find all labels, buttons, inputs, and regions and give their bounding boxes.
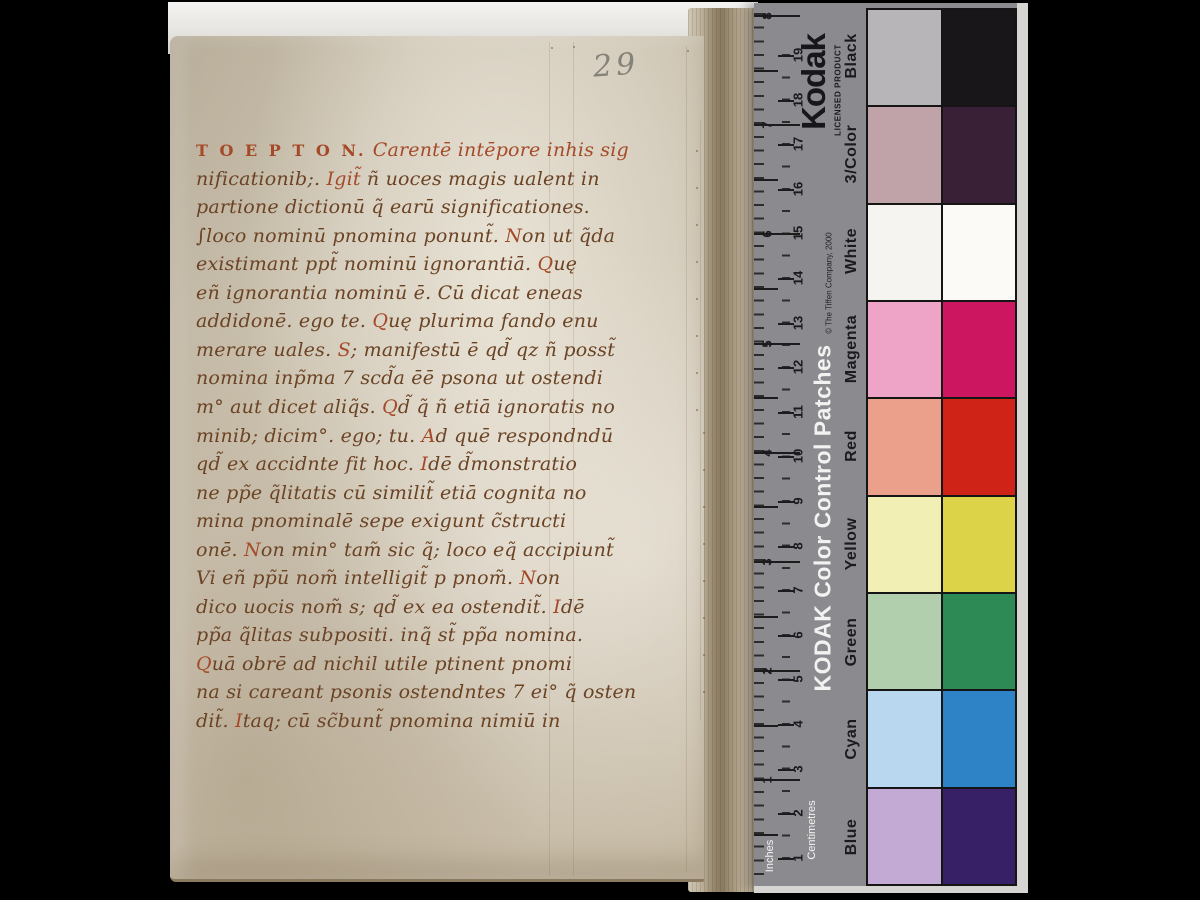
ruler: Kodak LICENSED PRODUCT © The Tiffen Comp…	[754, 3, 866, 886]
text-segment: d̃ q̃ ñ etiā ignoratis no	[398, 396, 615, 418]
manuscript-line: ∫loco nominū pnomina ponunt̃. Non ut q̃d…	[196, 225, 615, 253]
cm-number: 17	[791, 137, 806, 151]
manuscript-line: existimant ppt̃ nominū ignorantiā. Quę	[196, 253, 577, 281]
text-segment: I	[553, 596, 561, 618]
manuscript-line: nomina inp̃ma 7 scd̃a ēē psona ut ostend…	[196, 367, 603, 395]
text-segment: uā obrē ad nichil utile ptinent pnomi	[212, 653, 572, 675]
patch-label: Cyan	[843, 719, 861, 760]
text-segment: Igit̃	[327, 168, 361, 190]
text-segment: dē	[561, 596, 585, 618]
inch-tick-half	[754, 834, 778, 836]
inch-number: 7	[760, 122, 775, 129]
patch-row	[868, 789, 1015, 884]
text-segment: mina pnominalē sepe exigunt c̃structi	[196, 510, 566, 532]
cm-number: 13	[791, 315, 806, 329]
cm-number: 16	[791, 182, 806, 196]
manuscript-line: dit̃. Itaq; cū sc̃bunt̃ pnomina nimiū in	[196, 710, 561, 738]
patch-light-swatch	[868, 10, 941, 105]
patch-light-swatch	[868, 205, 941, 300]
inch-number: 8	[760, 12, 775, 19]
patch-row	[868, 594, 1015, 689]
text-segment: ne pp̃e q̃litatis cū similit̃ etiā cogni…	[196, 482, 587, 504]
cm-number: 6	[791, 631, 806, 638]
manuscript-line: addidonē. ego te. Quę plurima fando enu	[196, 310, 599, 338]
cm-number: 3	[791, 765, 806, 772]
manuscript-line: na si careant psonis ostendntes 7 ei° q̃…	[196, 681, 636, 709]
color-patch-grid	[866, 8, 1017, 886]
patch-row	[868, 10, 1015, 105]
text-segment: Q	[382, 396, 398, 418]
patch-label: White	[843, 228, 861, 274]
patch-row	[868, 107, 1015, 202]
patch-light-swatch	[868, 789, 941, 884]
pricking-dot	[703, 580, 705, 582]
cm-number: 15	[791, 226, 806, 240]
pricking-dot	[696, 261, 698, 263]
manuscript-line: onē. Non min° tam̃ sic q̃; loco eq̃ acci…	[196, 539, 614, 567]
patch-row	[868, 302, 1015, 397]
pricking-dot	[687, 50, 689, 52]
pricking-dot	[696, 372, 698, 374]
text-segment: minib; dicim°. ego; tu.	[196, 425, 422, 447]
pricking-dot	[703, 654, 705, 656]
card-right-edge	[1017, 3, 1028, 893]
inch-tick-half	[754, 725, 778, 727]
cm-number: 11	[791, 405, 806, 419]
cm-number: 10	[791, 449, 806, 463]
cm-number: 19	[791, 48, 806, 62]
text-segment: ñ uoces magis ualent in	[361, 168, 600, 190]
patch-light-swatch	[868, 399, 941, 494]
inch-tick-half	[754, 616, 778, 618]
manuscript-line: partione dictionū q̃ earū significatione…	[196, 196, 590, 224]
cm-number: 7	[791, 587, 806, 594]
text-segment: I	[235, 710, 243, 732]
text-segment: eñ ignorantia nominū ē. Cū dicat eneas	[196, 282, 583, 304]
pricking-dot	[696, 409, 698, 411]
pricking-dot	[703, 617, 705, 619]
inch-number: 1	[760, 777, 775, 784]
text-segment: on	[536, 567, 560, 589]
pricking-dot	[696, 150, 698, 152]
patch-light-swatch	[868, 594, 941, 689]
patch-label: Black	[843, 33, 861, 78]
pricking-dot	[703, 506, 705, 508]
patch-dark-swatch	[943, 10, 1016, 105]
text-segment: uę	[553, 253, 577, 275]
inch-number: 4	[760, 449, 775, 456]
text-segment: pp̃a q̃litas subpositi. inq̃ st̃ pp̃a no…	[196, 624, 583, 646]
text-segment: N	[244, 539, 261, 561]
inch-number: 2	[760, 668, 775, 675]
manuscript-line: Vi eñ pp̃ū nom̃ intelligit̃ p pnom̃. Non	[196, 567, 560, 595]
centimetres-label: Centimetres	[806, 800, 818, 859]
cm-number: 5	[791, 676, 806, 683]
patch-row	[868, 399, 1015, 494]
page-number: 29	[592, 46, 641, 84]
text-segment: dē d̃monstratio	[428, 453, 577, 475]
cm-number: 8	[791, 542, 806, 549]
patch-dark-swatch	[943, 789, 1016, 884]
pricking-dot	[703, 469, 705, 471]
patch-label: Green	[843, 617, 861, 666]
inch-tick-half	[754, 397, 778, 399]
patch-label: Yellow	[843, 518, 861, 571]
strip-title: KODAK Color Control Patches	[810, 344, 837, 691]
text-segment: dico uocis nom̃ s; qd̃ ex ea ostendit̃.	[196, 596, 553, 618]
text-segment: nomina inp̃ma 7 scd̃a ēē psona ut ostend…	[196, 367, 603, 389]
patch-dark-swatch	[943, 302, 1016, 397]
text-segment: S	[338, 339, 351, 361]
pricking-dot	[703, 691, 705, 693]
manuscript-line: mina pnominalē sepe exigunt c̃structi	[196, 510, 566, 538]
text-segment: dit̃.	[196, 710, 235, 732]
patch-light-swatch	[868, 691, 941, 786]
manuscript-photo: 29 T O E P T O N. Carentē intēpore inhis…	[0, 0, 1200, 900]
inch-number: 3	[760, 558, 775, 565]
manuscript-line: pp̃a q̃litas subpositi. inq̃ st̃ pp̃a no…	[196, 624, 583, 652]
text-segment: ; manifestū ē qd̃ qz ñ posst̃	[351, 339, 615, 361]
card-bottom-edge	[754, 886, 1028, 893]
text-segment: on ut q̃da	[522, 225, 615, 247]
cm-number: 14	[791, 271, 806, 285]
pricking-dot	[696, 224, 698, 226]
cm-number: 2	[791, 810, 806, 817]
text-segment: existimant ppt̃ nominū ignorantiā.	[196, 253, 538, 275]
manuscript-line: eñ ignorantia nominū ē. Cū dicat eneas	[196, 282, 583, 310]
inch-tick-half	[754, 179, 778, 181]
inch-tick-half	[754, 70, 778, 72]
inch-tick-half	[754, 288, 778, 290]
text-segment: Q	[538, 253, 554, 275]
patch-dark-swatch	[943, 399, 1016, 494]
inch-number: 5	[760, 340, 775, 347]
text-segment: T O E P T O N.	[196, 141, 367, 160]
text-segment: Q	[372, 310, 388, 332]
manuscript-line: qd̃ ex accidnte fit hoc. Idē d̃monstrati…	[196, 453, 577, 481]
manuscript-line: T O E P T O N. Carentē intēpore inhis si…	[196, 139, 629, 167]
patch-light-swatch	[868, 107, 941, 202]
ruling-line	[686, 46, 687, 872]
manuscript-line: ne pp̃e q̃litatis cū similit̃ etiā cogni…	[196, 482, 587, 510]
patch-light-swatch	[868, 302, 941, 397]
manuscript-line: m° aut dicet aliq̃s. Qd̃ q̃ ñ etiā ignor…	[196, 396, 615, 424]
text-segment: N	[519, 567, 536, 589]
inches-label: Inches	[764, 840, 776, 872]
manuscript-line: Quā obrē ad nichil utile ptinent pnomi	[196, 653, 572, 681]
text-segment: uę plurima fando enu	[388, 310, 599, 332]
text-segment: I	[420, 453, 428, 475]
text-segment: d quē respondndū	[436, 425, 614, 447]
text-segment: nificationib;.	[196, 168, 327, 190]
licensed-product-label: LICENSED PRODUCT	[834, 44, 843, 136]
inch-number: 6	[760, 231, 775, 238]
patch-row	[868, 691, 1015, 786]
inch-tick-half	[754, 506, 778, 508]
pricking-dot	[703, 432, 705, 434]
pricking-dot	[696, 187, 698, 189]
cm-number: 9	[791, 497, 806, 504]
cm-tick-strip	[782, 54, 790, 864]
pricking-dot	[551, 47, 553, 49]
cm-number: 18	[791, 92, 806, 106]
patch-light-swatch	[868, 497, 941, 592]
copyright-label: © The Tiffen Company, 2000	[825, 232, 834, 334]
text-segment: na si careant psonis ostendntes 7 ei° q̃…	[196, 681, 636, 703]
text-segment: A	[422, 425, 436, 447]
text-segment: N	[505, 225, 522, 247]
patch-label: Red	[843, 431, 861, 463]
manuscript-line: merare uales. S; manifestū ē qd̃ qz ñ po…	[196, 339, 615, 367]
patch-row	[868, 205, 1015, 300]
patch-label: Magenta	[843, 315, 861, 383]
cm-number: 1	[791, 854, 806, 861]
patch-dark-swatch	[943, 107, 1016, 202]
text-segment: Carentē intēpore inhis sig	[367, 139, 629, 161]
pricking-dot	[696, 298, 698, 300]
patch-label: Blue	[843, 818, 861, 855]
ruling-line	[700, 120, 701, 720]
pricking-dot	[573, 46, 575, 48]
manuscript-text-block: T O E P T O N. Carentē intēpore inhis si…	[196, 139, 656, 739]
text-segment: addidonē. ego te.	[196, 310, 372, 332]
cm-number: 4	[791, 720, 806, 727]
text-segment: m° aut dicet aliq̃s.	[196, 396, 382, 418]
text-segment: Vi eñ pp̃ū nom̃ intelligit̃ p pnom̃.	[196, 567, 519, 589]
patch-dark-swatch	[943, 594, 1016, 689]
patch-label: 3/Color	[843, 124, 861, 183]
manuscript-line: minib; dicim°. ego; tu. Ad quē respondnd…	[196, 425, 613, 453]
manuscript-line: nificationib;. Igit̃ ñ uoces magis ualen…	[196, 168, 600, 196]
patch-dark-swatch	[943, 691, 1016, 786]
patch-row	[868, 497, 1015, 592]
patch-dark-swatch	[943, 205, 1016, 300]
cm-number: 12	[791, 360, 806, 374]
pricking-dot	[696, 335, 698, 337]
text-segment: taq; cū sc̃bunt̃ pnomina nimiū in	[243, 710, 561, 732]
text-segment: qd̃ ex accidnte fit hoc.	[196, 453, 420, 475]
text-segment: merare uales.	[196, 339, 338, 361]
text-segment: onē.	[196, 539, 244, 561]
text-segment: on min° tam̃ sic q̃; loco eq̃ accipiunt̃	[261, 539, 614, 561]
text-segment: Q	[196, 653, 212, 675]
pricking-dot	[703, 543, 705, 545]
text-segment: partione dictionū q̃ earū significatione…	[196, 196, 590, 218]
kodak-color-strip: Kodak LICENSED PRODUCT © The Tiffen Comp…	[754, 3, 1028, 893]
manuscript-line: dico uocis nom̃ s; qd̃ ex ea ostendit̃. …	[196, 596, 585, 624]
patch-dark-swatch	[943, 497, 1016, 592]
text-segment: ∫loco nominū pnomina ponunt̃.	[196, 225, 505, 247]
